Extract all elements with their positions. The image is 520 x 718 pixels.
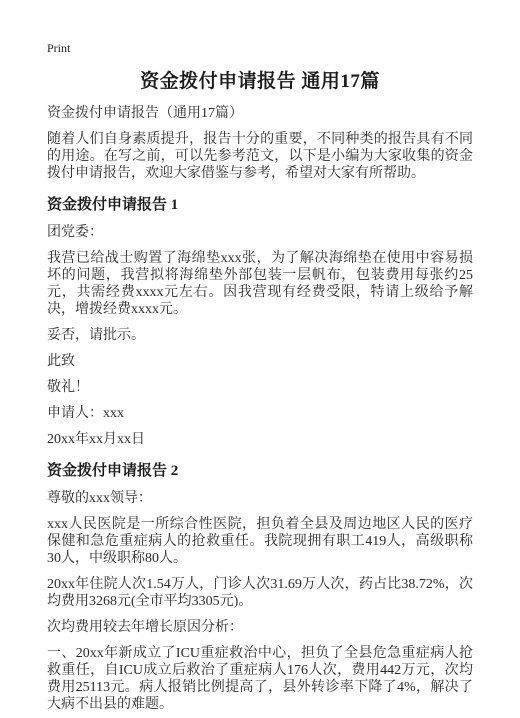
paragraph: 次均费用较去年增长原因分析： (47, 619, 473, 636)
print-link[interactable]: Print (47, 41, 70, 55)
paragraph: 一、20xx年新成立了ICU重症救治中心，担负了全县危急重症病人抢救重任，自IC… (47, 645, 473, 713)
paragraph: 20xx年xx月xx日 (47, 431, 473, 448)
paragraph: 申请人：xxx (47, 405, 473, 422)
document-page: Print 资金拨付申请报告 通用17篇 资金拨付申请报告（通用17篇） 随着人… (0, 0, 520, 718)
section-heading-2: 资金拨付申请报告 2 (47, 462, 473, 481)
paragraph: 我营已给战士购置了海绵垫xxx张，为了解决海绵垫在使用中容易损坏的问题，我营拟将… (47, 250, 473, 318)
document-subtitle: 资金拨付申请报告（通用17篇） (47, 105, 473, 122)
paragraph: 尊敬的xxx领导： (47, 490, 473, 507)
page-title: 资金拨付申请报告 通用17篇 (47, 70, 473, 94)
paragraph: xxx人民医院是一所综合性医院，担负着全县及周边地区人民的医疗保健和急危重症病人… (47, 516, 473, 567)
section-heading-1: 资金拨付申请报告 1 (47, 196, 473, 215)
intro-paragraph: 随着人们自身素质提升，报告十分的重要，不同种类的报告具有不同的用途。在写之前，可… (47, 131, 473, 182)
paragraph: 此致 (47, 353, 473, 370)
paragraph: 妥否，请批示。 (47, 327, 473, 344)
paragraph: 敬礼！ (47, 379, 473, 396)
paragraph: 20xx年住院人次1.54万人，门诊人次31.69万人次，药占比38.72%，次… (47, 576, 473, 610)
paragraph: 团党委： (47, 224, 473, 241)
